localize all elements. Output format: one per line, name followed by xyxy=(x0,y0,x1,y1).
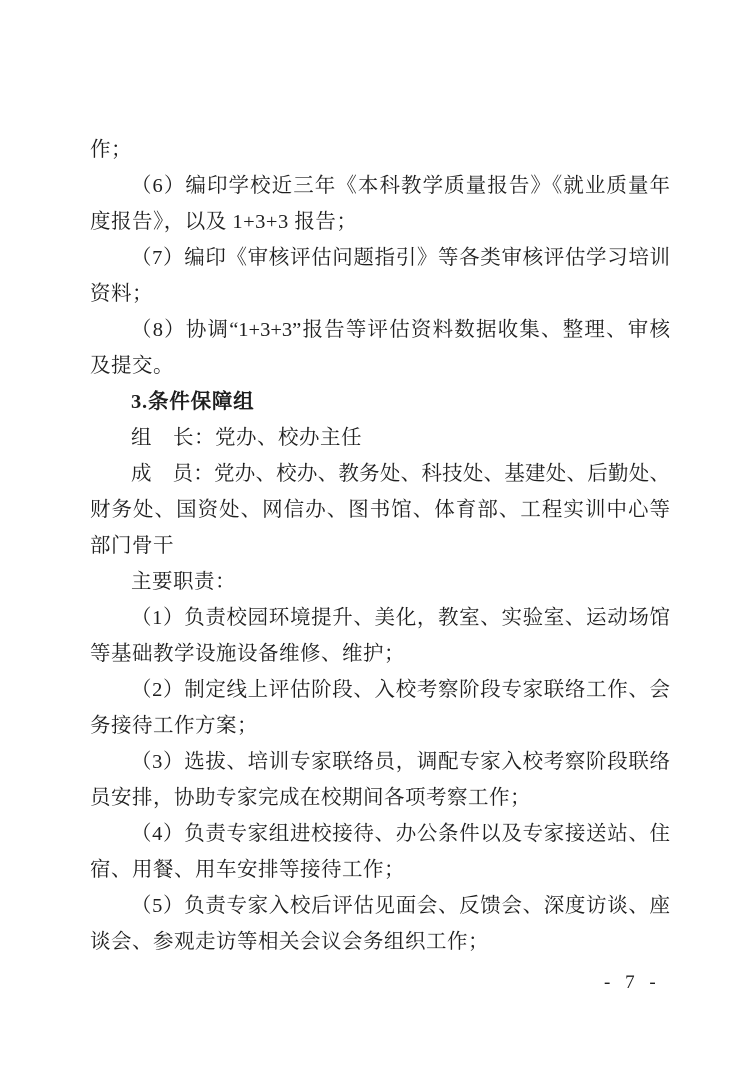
paragraph-leader: 组 长：党办、校办主任 xyxy=(90,420,670,456)
paragraph-duty-2: （2）制定线上评估阶段、入校考察阶段专家联络工作、会 务接待工作方案； xyxy=(90,672,670,744)
paragraph-item-8: （8）协调“1+3+3”报告等评估资料数据收集、整理、审核 及提交。 xyxy=(90,312,670,384)
paragraph-item-6: （6）编印学校近三年《本科教学质量报告》《就业质量年 度报告》，以及 1+3+3… xyxy=(90,168,670,240)
document-page: 作； （6）编印学校近三年《本科教学质量报告》《就业质量年 度报告》，以及 1+… xyxy=(0,0,753,1069)
doc-line: 宿、用餐、用车安排等接待工作； xyxy=(90,852,670,888)
doc-line: （8）协调“1+3+3”报告等评估资料数据收集、整理、审核 xyxy=(90,312,670,348)
doc-line: 及提交。 xyxy=(90,348,670,384)
doc-line: （1）负责校园环境提升、美化，教室、实验室、运动场馆 xyxy=(90,600,670,636)
doc-line: 部门骨干 xyxy=(90,528,670,564)
paragraph-duty-4: （4）负责专家组进校接待、办公条件以及专家接送站、住 宿、用餐、用车安排等接待工… xyxy=(90,816,670,888)
doc-line: 谈会、参观走访等相关会议会务组织工作； xyxy=(90,924,670,960)
paragraph-duty-1: （1）负责校园环境提升、美化，教室、实验室、运动场馆 等基础教学设施设备维修、维… xyxy=(90,600,670,672)
doc-line: （7）编印《审核评估问题指引》等各类审核评估学习培训 xyxy=(90,240,670,276)
paragraph-continuation: 作； xyxy=(90,132,670,168)
doc-line: 度报告》，以及 1+3+3 报告； xyxy=(90,204,670,240)
document-body: 作； （6）编印学校近三年《本科教学质量报告》《就业质量年 度报告》，以及 1+… xyxy=(90,132,670,960)
doc-line: （2）制定线上评估阶段、入校考察阶段专家联络工作、会 xyxy=(90,672,670,708)
doc-line: 组 长：党办、校办主任 xyxy=(90,420,670,456)
doc-line: 主要职责： xyxy=(90,564,670,600)
paragraph-item-7: （7）编印《审核评估问题指引》等各类审核评估学习培训 资料； xyxy=(90,240,670,312)
page-number: - 7 - xyxy=(604,972,659,994)
doc-line: 员安排，协助专家完成在校期间各项考察工作； xyxy=(90,780,670,816)
doc-line: 务接待工作方案； xyxy=(90,708,670,744)
doc-line: （4）负责专家组进校接待、办公条件以及专家接送站、住 xyxy=(90,816,670,852)
doc-line: 作； xyxy=(90,132,670,168)
doc-line: （5）负责专家入校后评估见面会、反馈会、深度访谈、座 xyxy=(90,888,670,924)
paragraph-duty-5: （5）负责专家入校后评估见面会、反馈会、深度访谈、座 谈会、参观走访等相关会议会… xyxy=(90,888,670,960)
paragraph-duties-label: 主要职责： xyxy=(90,564,670,600)
section-heading-group3: 3.条件保障组 xyxy=(90,384,670,420)
doc-line: （6）编印学校近三年《本科教学质量报告》《就业质量年 xyxy=(90,168,670,204)
doc-line: 成 员：党办、校办、教务处、科技处、基建处、后勤处、 xyxy=(90,456,670,492)
doc-line: 财务处、国资处、网信办、图书馆、体育部、工程实训中心等 xyxy=(90,492,670,528)
doc-line: 等基础教学设施设备维修、维护； xyxy=(90,636,670,672)
paragraph-duty-3: （3）选拔、培训专家联络员，调配专家入校考察阶段联络 员安排，协助专家完成在校期… xyxy=(90,744,670,816)
section-heading: 3.条件保障组 xyxy=(90,384,670,420)
doc-line: 资料； xyxy=(90,276,670,312)
paragraph-members: 成 员：党办、校办、教务处、科技处、基建处、后勤处、 财务处、国资处、网信办、图… xyxy=(90,456,670,564)
doc-line: （3）选拔、培训专家联络员，调配专家入校考察阶段联络 xyxy=(90,744,670,780)
